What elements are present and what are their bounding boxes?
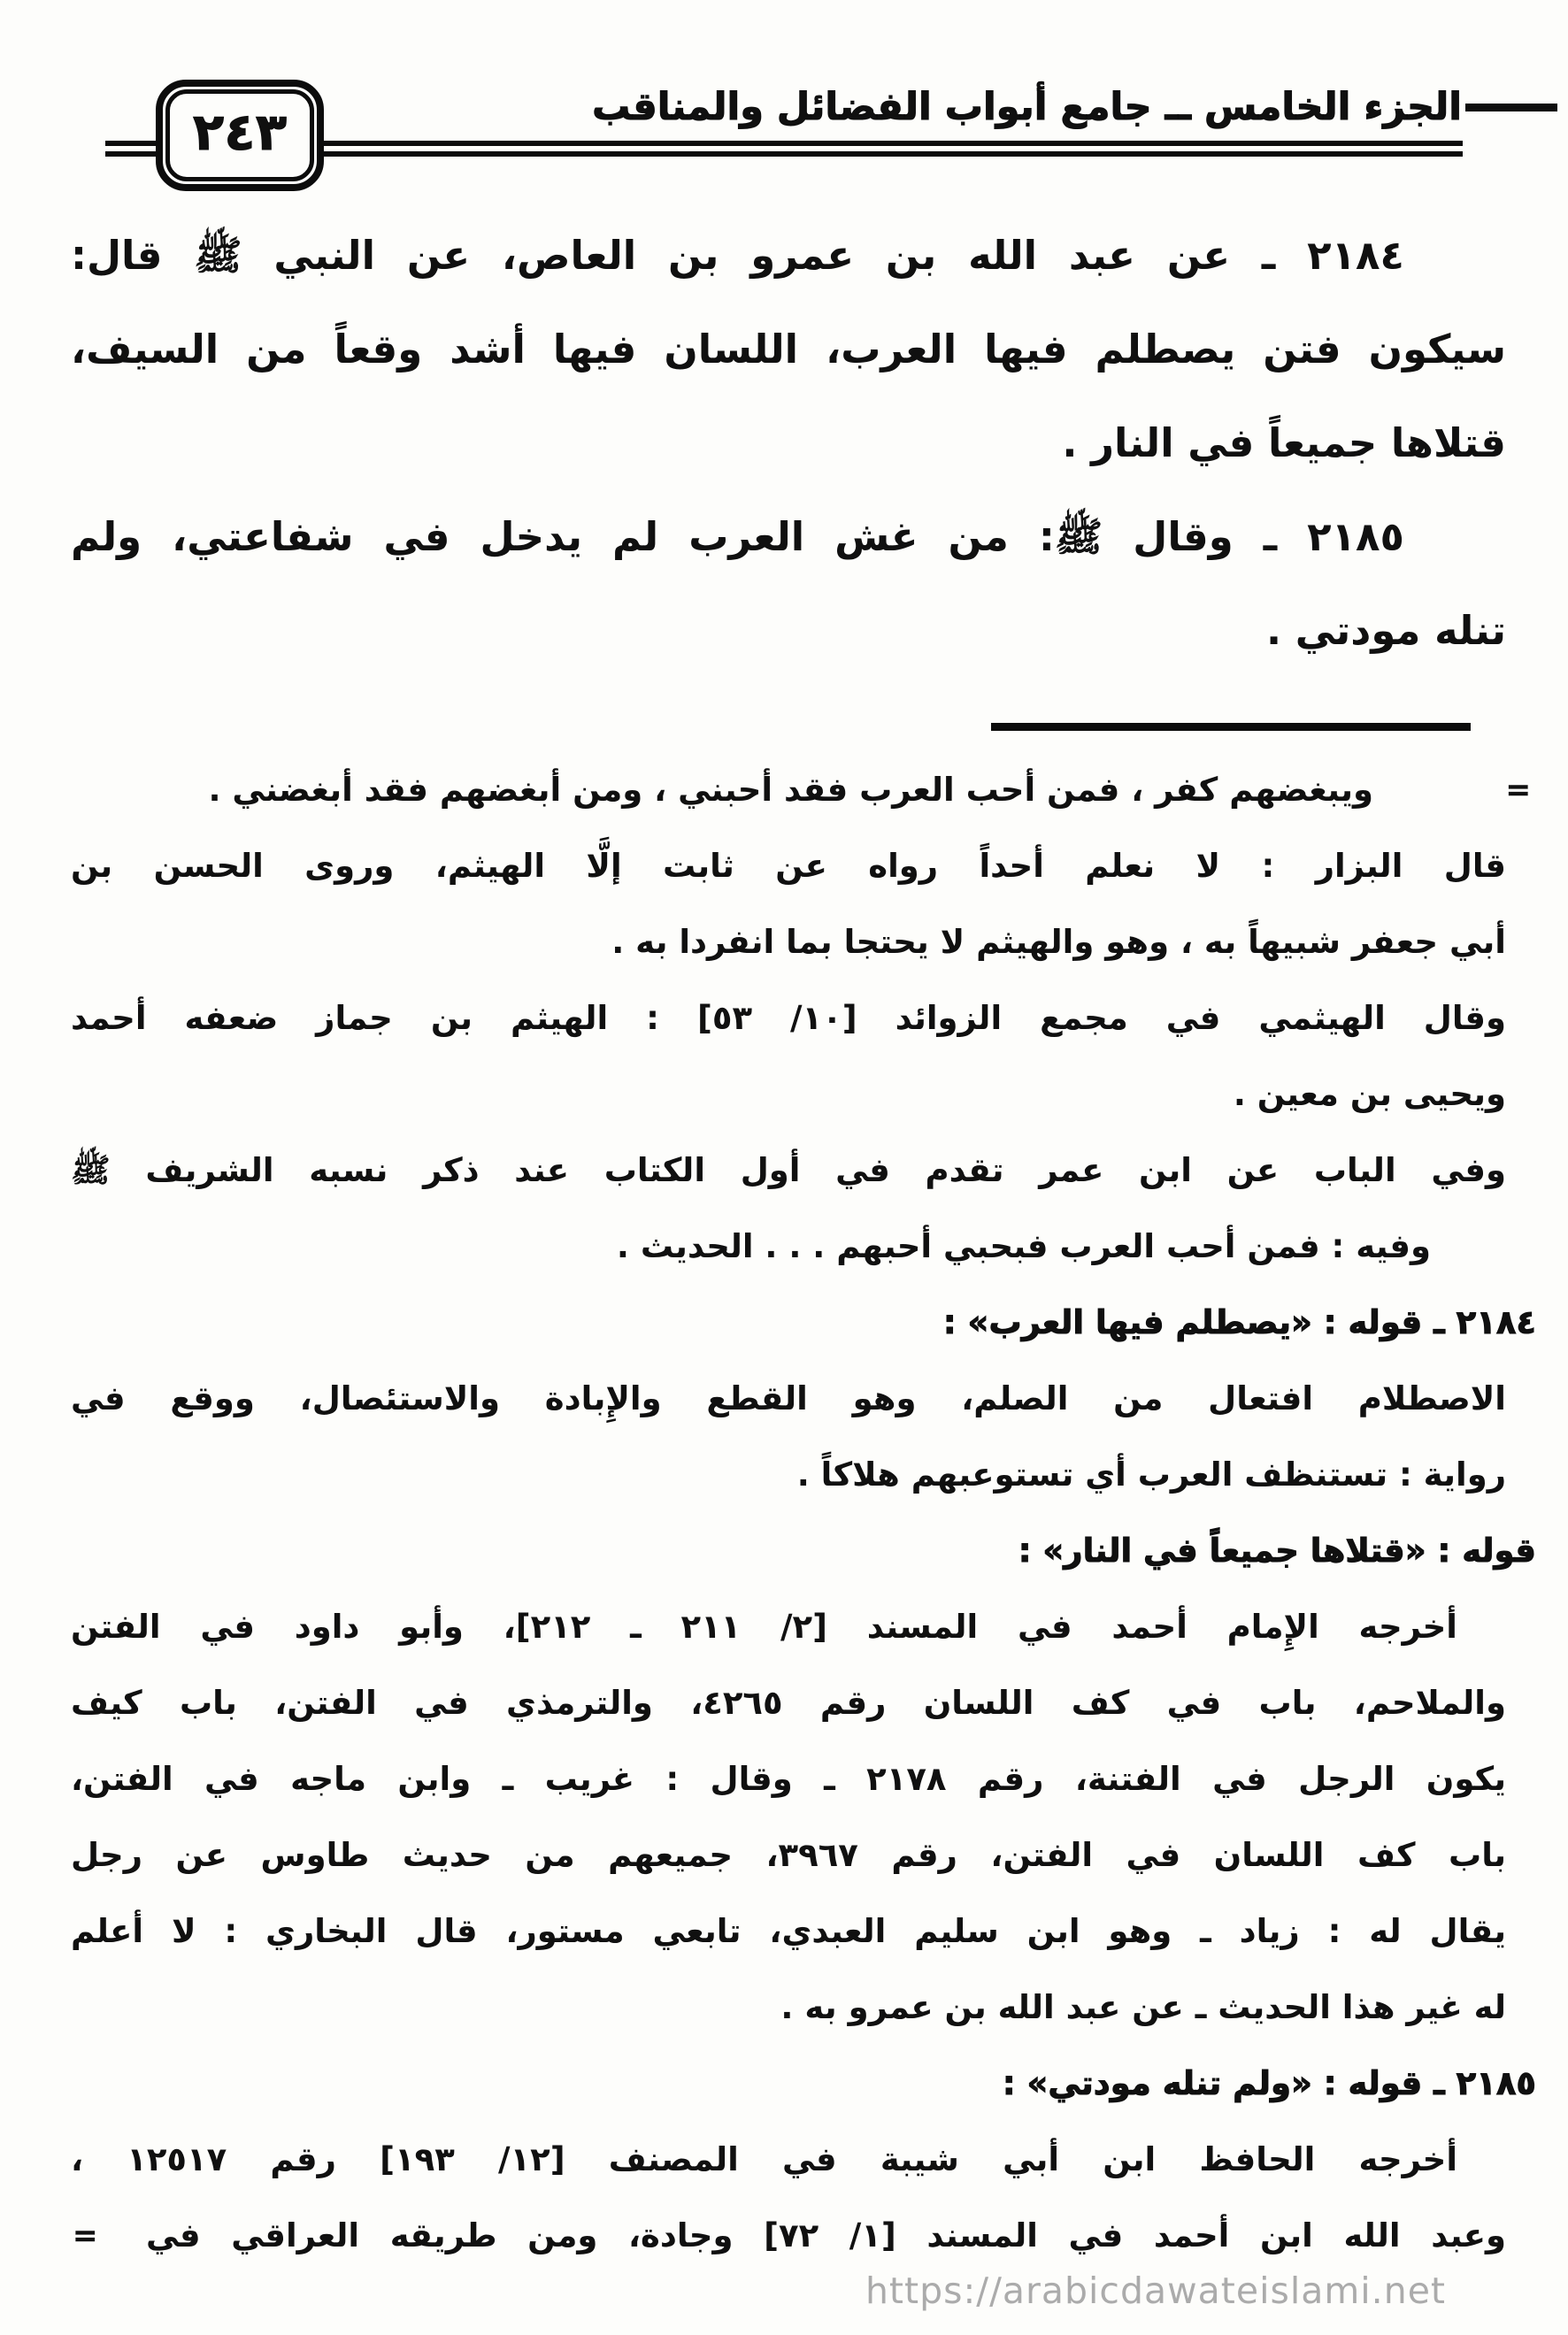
footnote-line-2: قال البزار : لا نعلم أحداً رواه عن ثابت … — [71, 828, 1506, 904]
footnote-separator-rule — [991, 723, 1471, 731]
footnote-line-13: والملاحم، باب في كف اللسان رقم ٤٢٦٥، وال… — [71, 1665, 1506, 1741]
footnote-line-text: وفي الباب عن ابن عمر تقدم في أول الكتاب … — [71, 1151, 1506, 1189]
footnote-line-10: رواية : تستنظف العرب أي تستوعبهم هلاكاً … — [71, 1437, 1506, 1513]
footnote-line-text: أخرجه الإِمام أحمد في المسند [٢/ ٢١١ ـ ٢… — [71, 1608, 1457, 1646]
footnote-line-17: له غير هذا الحديث ـ عن عبد الله بن عمرو … — [71, 1970, 1506, 2046]
continuation-mark-left: = — [73, 2198, 98, 2274]
footnote-line-text: له غير هذا الحديث ـ عن عبد الله بن عمرو … — [780, 1988, 1506, 2026]
continuation-mark-right: = — [1506, 752, 1532, 828]
footnote-line-19: أخرجه الحافظ ابن أبي شيبة في المصنف [١٢/… — [71, 2122, 1506, 2198]
footnote-line-3: أبي جعفر شبيهاً به ، وهو والهيثم لا يحتج… — [71, 904, 1506, 980]
footnote-line-12: أخرجه الإِمام أحمد في المسند [٢/ ٢١١ ـ ٢… — [71, 1589, 1506, 1665]
hadith-text-block: ٢١٨٤ ـ عن عبد الله بن عمرو بن العاص، عن … — [71, 209, 1506, 678]
footnote-line-8: ٢١٨٤ ـ قوله : «يصطلم فيها العرب» : — [71, 1285, 1536, 1361]
footnote-line-text: ويبغضهم كفر ، فمن أحب العرب فقد أحبني ، … — [208, 771, 1373, 809]
footnote-line-text: يكون الرجل في الفتنة، رقم ٢١٧٨ ـ وقال : … — [71, 1760, 1506, 1798]
title-lead-dash — [1465, 104, 1557, 111]
footnote-line-text: الاصطلام افتعال من الصلم، وهو القطع والإ… — [71, 1379, 1506, 1417]
footnote-line-11: قوله : «قتلاها جميعاً في النار» : — [71, 1513, 1536, 1589]
scanned-book-page: الجزء الخامس ــ جامع أبواب الفضائل والمن… — [0, 0, 1568, 2335]
page-header: الجزء الخامس ــ جامع أبواب الفضائل والمن… — [592, 74, 1557, 140]
footnote-line-text: باب كف اللسان في الفتن، رقم ٣٩٦٧، جميعهم… — [71, 1836, 1506, 1874]
hadith-line-1: ٢١٨٤ ـ عن عبد الله بن عمرو بن العاص، عن … — [71, 209, 1506, 303]
footnote-block: ويبغضهم كفر ، فمن أحب العرب فقد أحبني ، … — [71, 752, 1506, 2274]
footnote-line-15: باب كف اللسان في الفتن، رقم ٣٩٦٧، جميعهم… — [71, 1817, 1506, 1893]
footnote-line-5: ويحيى بن معين . — [71, 1056, 1506, 1133]
watermark-url: https://arabicdawateislami.net — [865, 2270, 1446, 2312]
hadith-line-text: سيكون فتن يصطلم فيها العرب، اللسان فيها … — [71, 326, 1506, 373]
footnote-line-20: وعبد الله ابن أحمد في المسند [١/ ٧٢] وجا… — [71, 2198, 1506, 2274]
hadith-line-text: تنله مودتي . — [1266, 607, 1506, 654]
hadith-line-text: ٢١٨٤ ـ عن عبد الله بن عمرو بن العاص، عن … — [71, 232, 1404, 279]
header-title: الجزء الخامس ــ جامع أبواب الفضائل والمن… — [592, 85, 1462, 129]
footnote-line-text: وفيه : فمن أحب العرب فبحبي أحبهم . . . ا… — [617, 1227, 1431, 1265]
hadith-line-text: قتلاها جميعاً في النار . — [1062, 419, 1506, 466]
hadith-line-2: سيكون فتن يصطلم فيها العرب، اللسان فيها … — [71, 303, 1506, 396]
footnote-line-18: ٢١٨٥ ـ قوله : «ولم تنله مودتي» : — [71, 2046, 1536, 2122]
footnote-line-text: أخرجه الحافظ ابن أبي شيبة في المصنف [١٢/… — [71, 2140, 1457, 2178]
footnote-line-text: ٢١٨٥ ـ قوله : «ولم تنله مودتي» : — [1003, 2064, 1536, 2102]
footnote-line-1: ويبغضهم كفر ، فمن أحب العرب فقد أحبني ، … — [71, 752, 1506, 828]
footnote-line-4: وقال الهيثمي في مجمع الزوائد [١٠/ ٥٣] : … — [71, 980, 1506, 1056]
hadith-line-4: ٢١٨٥ ـ وقال ﷺ: من غش العرب لم يدخل في شف… — [71, 490, 1506, 584]
footnote-line-text: قوله : «قتلاها جميعاً في النار» : — [1018, 1532, 1536, 1570]
footnote-line-7: وفيه : فمن أحب العرب فبحبي أحبهم . . . ا… — [71, 1209, 1506, 1285]
footnote-line-16: يقال له : زياد ـ وهو ابن سليم العبدي، تا… — [71, 1893, 1506, 1970]
page-number: ٢٤٣ — [193, 102, 287, 162]
footnote-line-9: الاصطلام افتعال من الصلم، وهو القطع والإ… — [71, 1361, 1506, 1437]
footnote-line-text: ٢١٨٤ ـ قوله : «يصطلم فيها العرب» : — [943, 1303, 1536, 1341]
footnote-line-14: يكون الرجل في الفتنة، رقم ٢١٧٨ ـ وقال : … — [71, 1741, 1506, 1817]
page-number-box: ٢٤٣ — [156, 80, 324, 191]
hadith-line-text: ٢١٨٥ ـ وقال ﷺ: من غش العرب لم يدخل في شف… — [71, 513, 1404, 560]
footnote-line-text: ويحيى بن معين . — [1234, 1075, 1506, 1113]
footnote-line-text: يقال له : زياد ـ وهو ابن سليم العبدي، تا… — [71, 1912, 1506, 1950]
footnote-line-text: رواية : تستنظف العرب أي تستوعبهم هلاكاً … — [797, 1456, 1506, 1494]
footnote-line-text: وعبد الله ابن أحمد في المسند [١/ ٧٢] وجا… — [146, 2216, 1506, 2254]
footnote-line-text: وقال الهيثمي في مجمع الزوائد [١٠/ ٥٣] : … — [71, 999, 1506, 1037]
footnote-line-text: أبي جعفر شبيهاً به ، وهو والهيثم لا يحتج… — [611, 923, 1506, 961]
footnote-line-6: وفي الباب عن ابن عمر تقدم في أول الكتاب … — [71, 1133, 1506, 1209]
hadith-line-5: تنله مودتي . — [71, 584, 1506, 678]
hadith-line-3: قتلاها جميعاً في النار . — [71, 396, 1506, 490]
footnote-line-text: والملاحم، باب في كف اللسان رقم ٤٢٦٥، وال… — [71, 1684, 1506, 1722]
page-number-inner-frame: ٢٤٣ — [165, 89, 314, 181]
footnote-line-text: قال البزار : لا نعلم أحداً رواه عن ثابت … — [71, 847, 1506, 885]
